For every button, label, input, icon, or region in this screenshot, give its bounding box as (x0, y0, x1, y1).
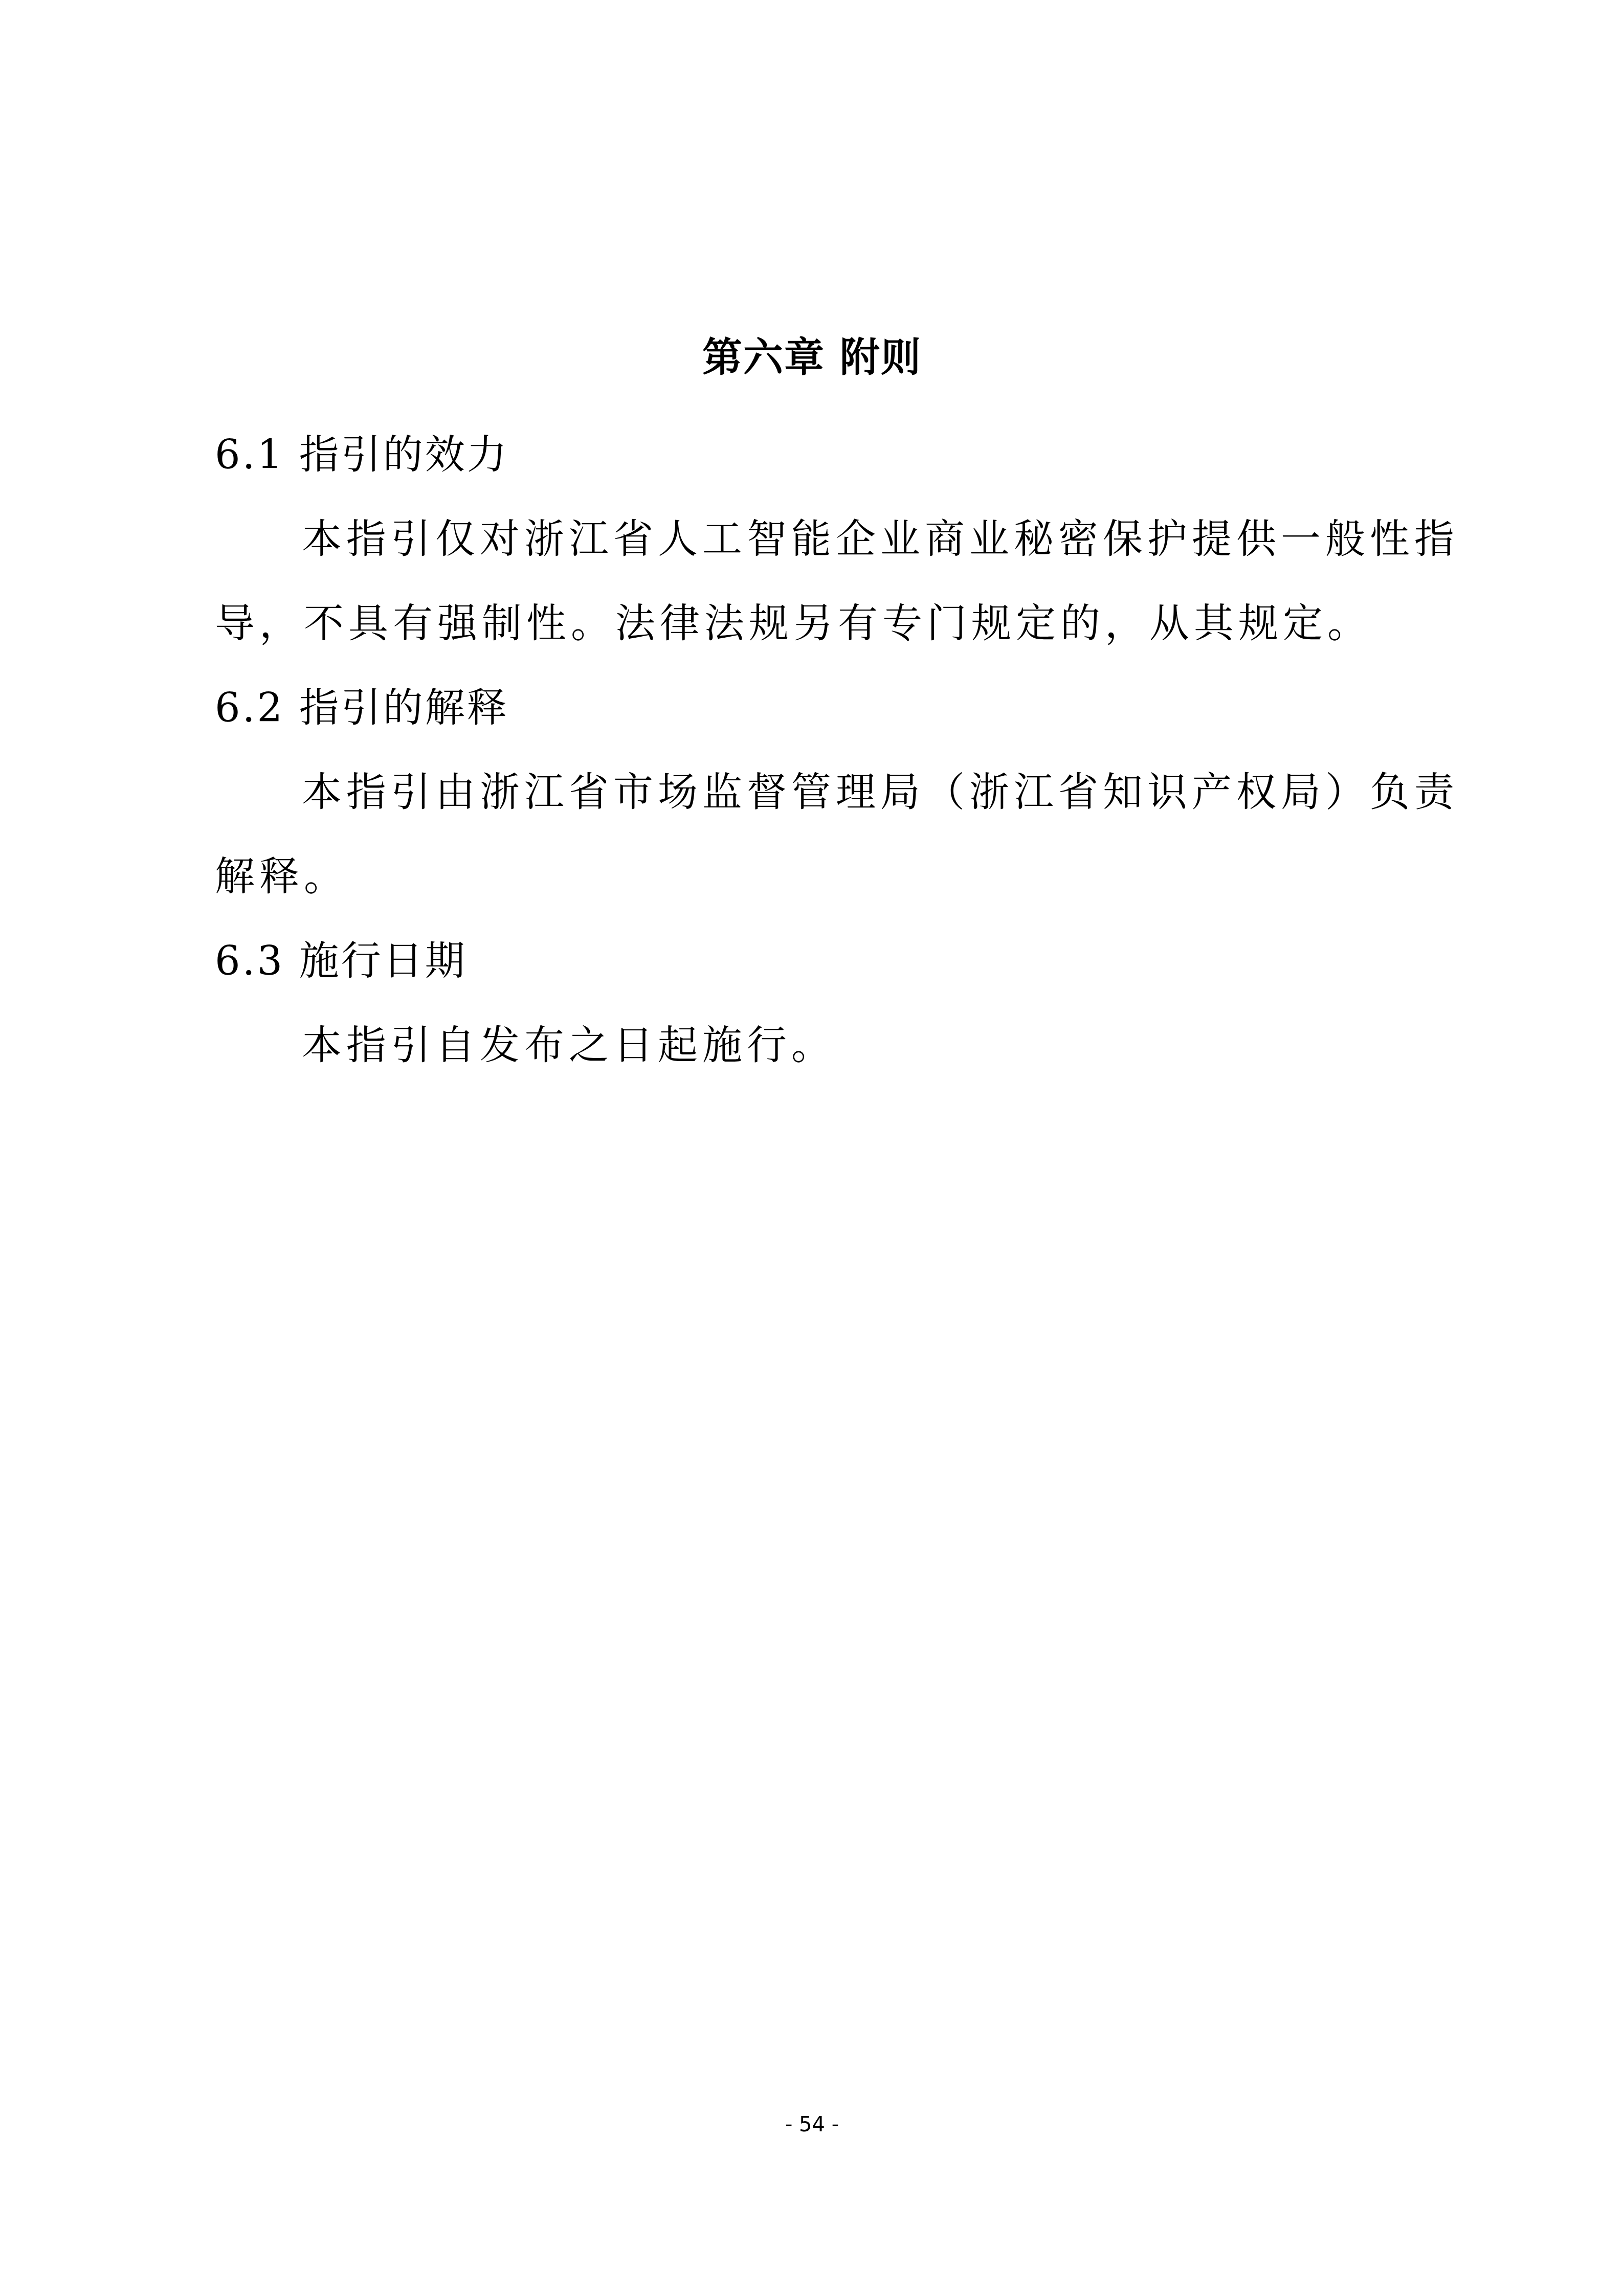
document-page: 第六章 附则 6.1 指引的效力 本指引仅对浙江省人工智能企业商业秘密保护提供一… (0, 0, 1624, 2296)
page-number: - 54 - (0, 2109, 1624, 2140)
paragraph-line: 本指引由浙江省市场监督管理局（浙江省知识产权局）负责 (302, 762, 1427, 823)
chapter-title: 第六章 附则 (0, 327, 1624, 389)
paragraph-line: 导，不具有强制性。法律法规另有专门规定的，从其规定。 (215, 593, 1432, 655)
section-heading-6-2: 6.2 指引的解释 (215, 678, 1432, 739)
paragraph-line: 本指引仅对浙江省人工智能企业商业秘密保护提供一般性指 (302, 509, 1427, 570)
section-heading-6-3: 6.3 施行日期 (215, 931, 1432, 992)
section-heading-6-1: 6.1 指引的效力 (215, 424, 1432, 486)
paragraph-line: 本指引自发布之日起施行。 (302, 1015, 1519, 1076)
paragraph-line: 解释。 (215, 846, 1432, 908)
